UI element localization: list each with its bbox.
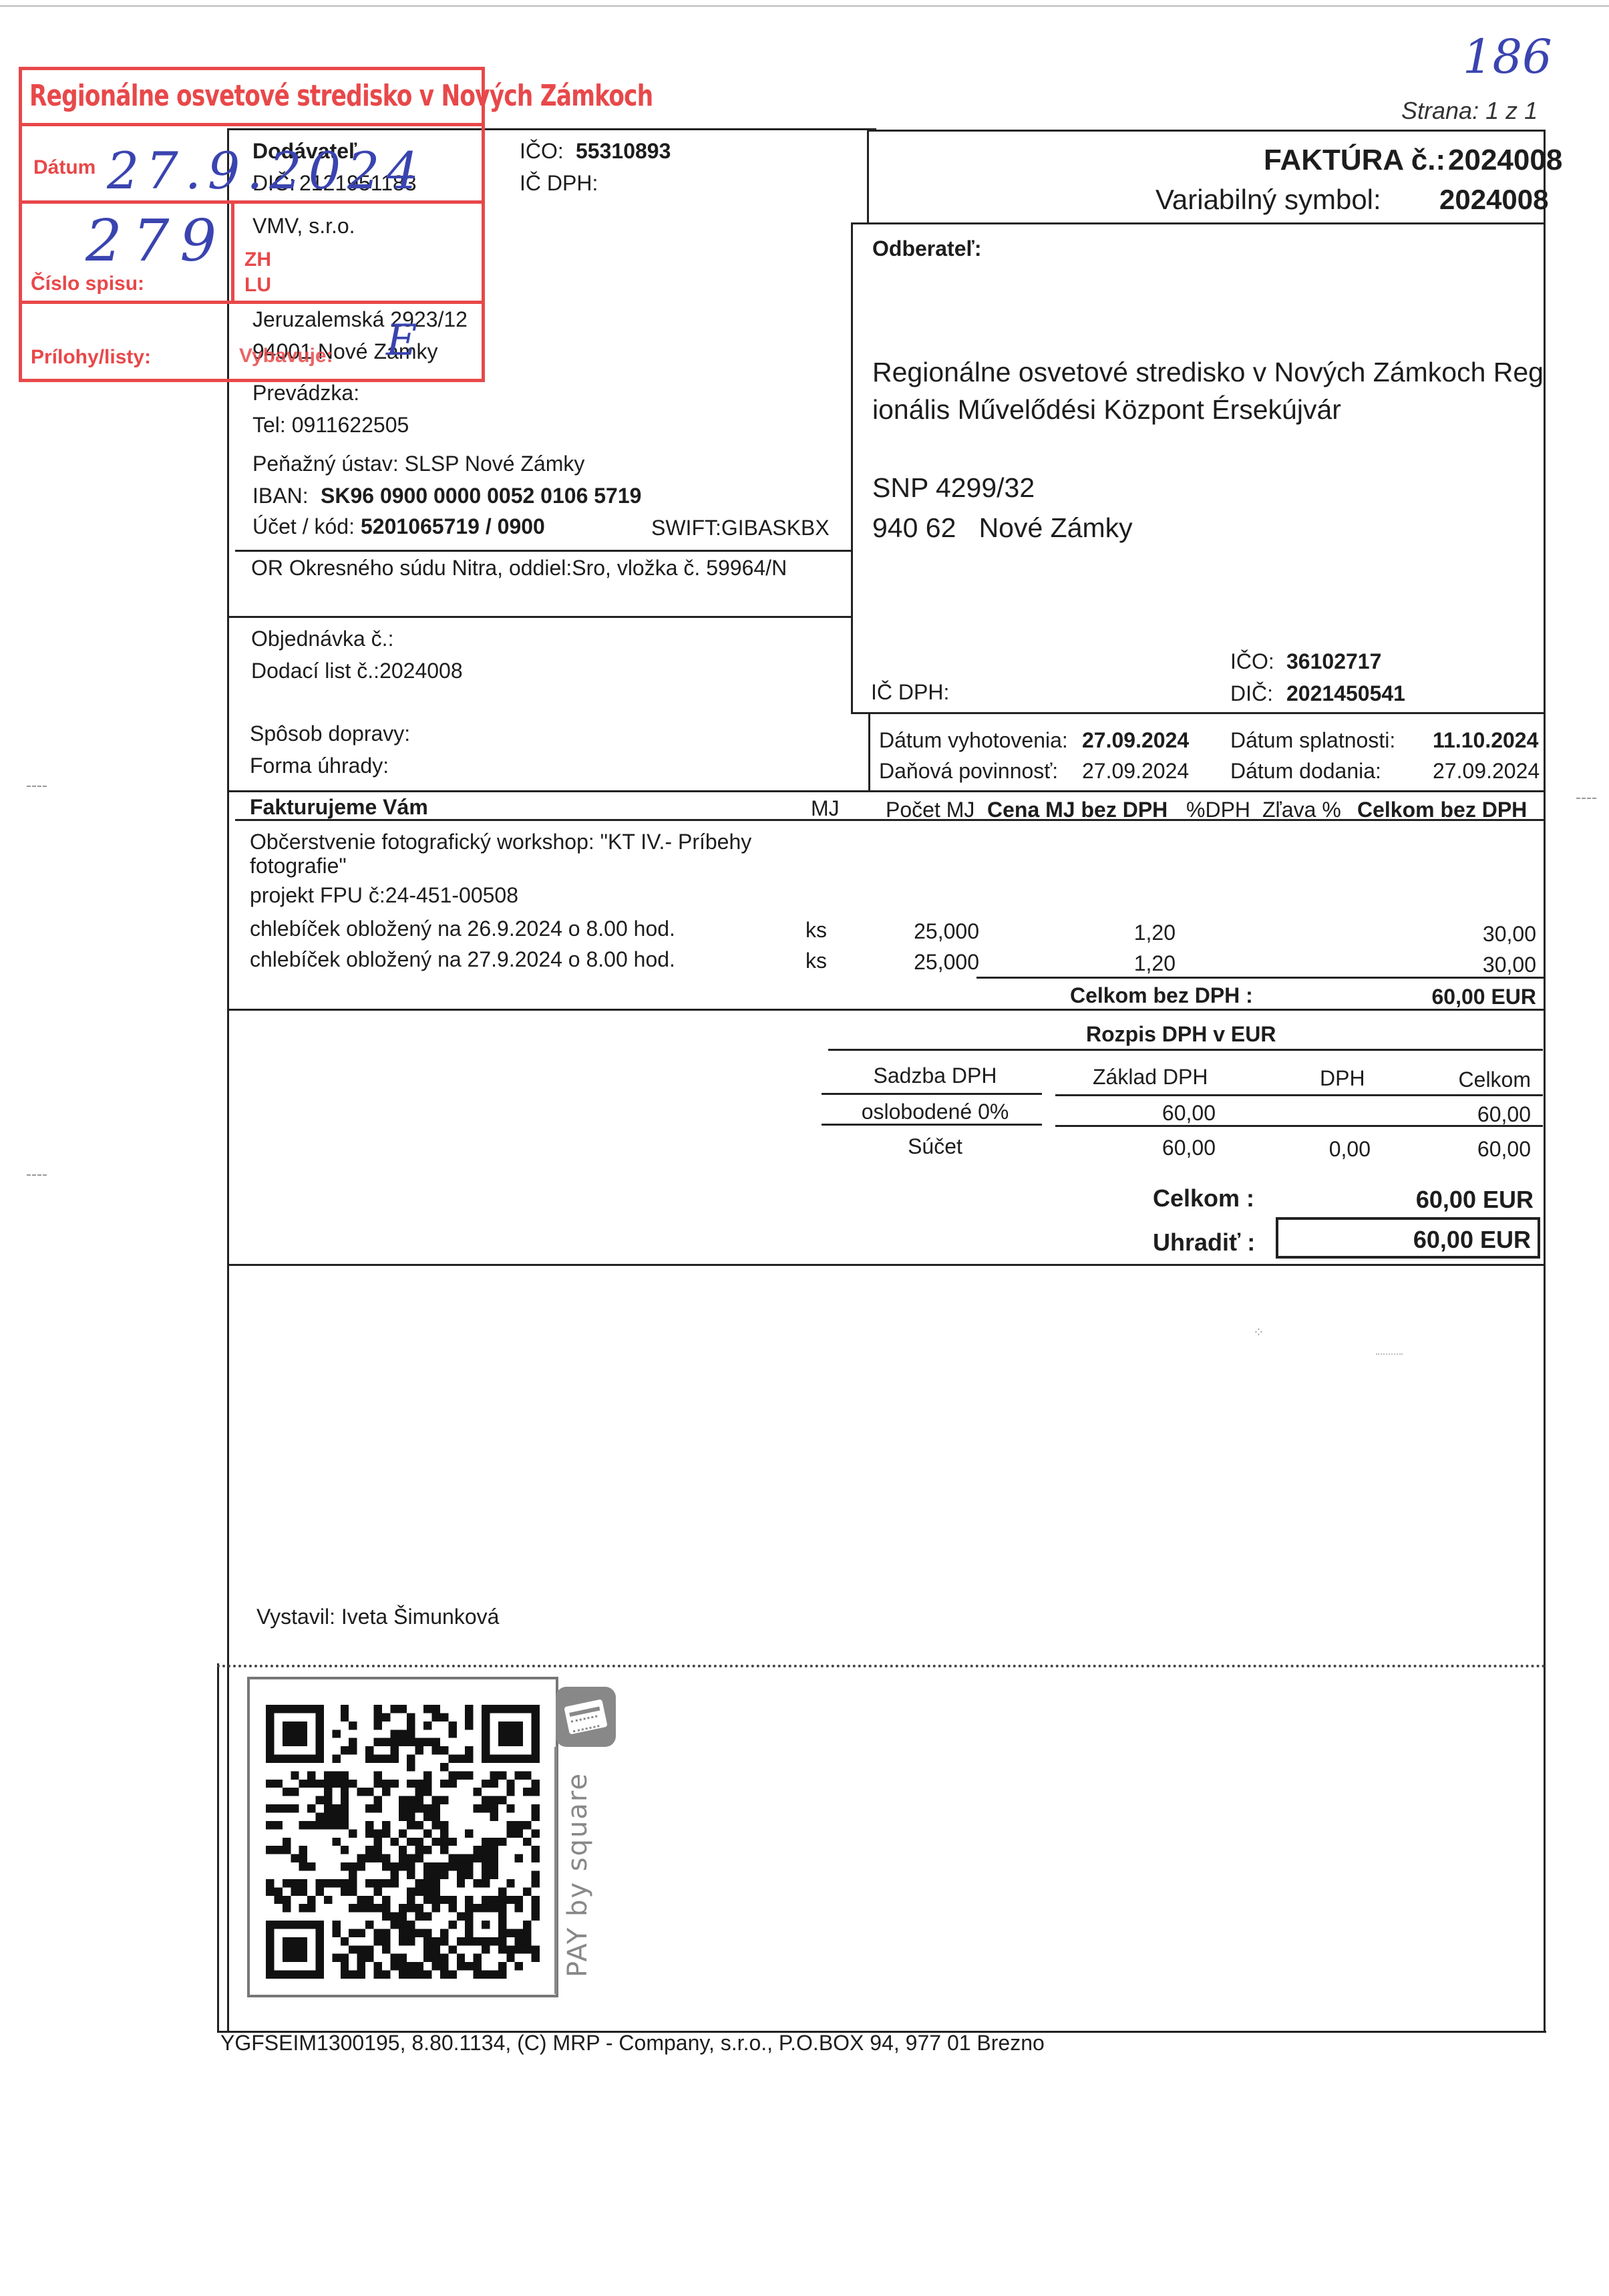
divider bbox=[976, 977, 1544, 979]
vat-breakdown-title: Rozpis DPH v EUR bbox=[1086, 1023, 1276, 1045]
item-qty: 25,000 bbox=[888, 921, 979, 942]
supplier-establishment-label: Prevádzka: bbox=[252, 382, 359, 403]
item-total: 30,00 bbox=[1403, 954, 1536, 975]
items-header-discount: Zľava % bbox=[1262, 799, 1341, 820]
customer-name-line2: ionális Művelődési Központ Érsekújvár bbox=[872, 396, 1341, 424]
qr-code-frame bbox=[247, 1677, 558, 1997]
item-price: 1,20 bbox=[1069, 953, 1176, 974]
items-header-price: Cena MJ bez DPH bbox=[987, 799, 1168, 820]
frame-left bbox=[227, 128, 229, 2032]
supplier-ico: 55310893 bbox=[576, 140, 671, 162]
items-header-desc: Fakturujeme Vám bbox=[250, 796, 428, 818]
transport-method-label: Spôsob dopravy: bbox=[250, 723, 410, 744]
handwritten-handler: E bbox=[386, 319, 417, 362]
delivery-date-label: Dátum dodania: bbox=[1230, 760, 1381, 782]
customer-dic-label: DIČ: bbox=[1230, 683, 1273, 704]
divider bbox=[828, 1049, 1543, 1051]
divider bbox=[851, 712, 1546, 714]
stamp-file-number-label: Číslo spisu: bbox=[31, 274, 144, 294]
divider bbox=[227, 1009, 1546, 1011]
order-number-label: Objednávka č.: bbox=[251, 628, 393, 649]
amount-due-label: Uhradiť : bbox=[1153, 1231, 1255, 1255]
vat-header-base: Základ DPH bbox=[1093, 1066, 1208, 1088]
divider bbox=[868, 712, 870, 792]
stamp-organization: Regionálne osvetové stredisko v Nových Z… bbox=[29, 81, 653, 111]
supplier-bank: Peňažný ústav: SLSP Nové Zámky bbox=[252, 453, 584, 474]
items-header-vat: %DPH bbox=[1186, 799, 1250, 820]
supplier-ico-label: IČO: bbox=[520, 140, 564, 162]
vat-rate: Súčet bbox=[828, 1136, 1042, 1157]
item-total: 30,00 bbox=[1403, 923, 1536, 945]
stamp-attachments-label: Prílohy/listy: bbox=[31, 347, 151, 367]
issued-by: Vystavil: Iveta Šimunková bbox=[256, 1606, 499, 1627]
customer-street: SNP 4299/32 bbox=[872, 474, 1035, 502]
vat-base: 60,00 bbox=[1109, 1137, 1216, 1158]
tax-date-label: Daňová povinnosť: bbox=[879, 760, 1058, 782]
issue-date: 27.09.2024 bbox=[1082, 729, 1189, 751]
tax-date: 27.09.2024 bbox=[1082, 760, 1189, 782]
divider bbox=[227, 790, 1546, 792]
card-icon bbox=[556, 1687, 616, 1747]
payment-form-label: Forma úhrady: bbox=[250, 755, 389, 776]
scan-speck: ⁘ bbox=[1253, 1324, 1266, 1332]
item-qty: 25,000 bbox=[888, 951, 979, 973]
margin-mark bbox=[27, 1174, 47, 1176]
scan-speck bbox=[1376, 1353, 1403, 1359]
invoice-number: 2024008 bbox=[1448, 146, 1562, 175]
supplier-ic-dph-label: IČ DPH: bbox=[520, 172, 598, 194]
supplier-swift: SWIFT:GIBASKBX bbox=[651, 517, 830, 538]
issue-date-label: Dátum vyhotovenia: bbox=[879, 729, 1068, 751]
item-desc: chlebíček obložený na 26.9.2024 o 8.00 h… bbox=[250, 918, 675, 939]
vat-total: 60,00 bbox=[1403, 1138, 1531, 1160]
vat-header-total: Celkom bbox=[1403, 1069, 1531, 1090]
due-date-label: Dátum splatnosti: bbox=[1230, 729, 1395, 751]
supplier-register: OR Okresného súdu Nitra, oddiel:Sro, vlo… bbox=[251, 557, 787, 579]
frame-left-lower bbox=[217, 1663, 219, 2032]
items-header-qty: Počet MJ bbox=[886, 799, 974, 820]
due-date: 11.10.2024 bbox=[1433, 729, 1538, 751]
vat-header-rate: Sadzba DPH bbox=[828, 1065, 1042, 1086]
stamp-initial: ZH bbox=[244, 250, 271, 270]
divider bbox=[851, 222, 1546, 224]
vat-amount: 0,00 bbox=[1269, 1138, 1371, 1160]
customer-city: 940 62 Nové Zámky bbox=[872, 514, 1133, 542]
items-header-total: Celkom bez DPH bbox=[1357, 799, 1527, 820]
customer-dic: 2021450541 bbox=[1286, 683, 1405, 704]
divider bbox=[867, 130, 869, 223]
divider bbox=[227, 1264, 1546, 1266]
item-price: 1,20 bbox=[1069, 922, 1176, 943]
customer-ico: 36102717 bbox=[1286, 651, 1381, 672]
subtotal-label: Celkom bez DPH : bbox=[1070, 985, 1253, 1006]
item-unit: ks bbox=[806, 950, 827, 971]
margin-mark bbox=[27, 786, 47, 787]
customer-ico-label: IČO: bbox=[1230, 651, 1274, 672]
divider bbox=[235, 550, 851, 552]
pay-by-square-label: PAY by square bbox=[562, 1772, 593, 1977]
divider bbox=[867, 130, 1545, 132]
stamp-initial: LU bbox=[244, 275, 271, 295]
divider bbox=[822, 1124, 1042, 1126]
software-footer: YGFSEIM1300195, 8.80.1134, (C) MRP - Com… bbox=[220, 2032, 1045, 2054]
variable-symbol: 2024008 bbox=[1439, 186, 1549, 214]
vat-header-vat: DPH bbox=[1320, 1068, 1365, 1089]
grand-total-label: Celkom : bbox=[1153, 1186, 1254, 1210]
divider bbox=[554, 1747, 557, 1994]
amount-due-box: 60,00 EUR bbox=[1276, 1217, 1540, 1259]
divider bbox=[822, 1093, 1042, 1095]
supplier-iban: SK96 0900 0000 0052 0106 5719 bbox=[321, 485, 641, 506]
customer-ic-dph-label: IČ DPH: bbox=[871, 681, 949, 703]
supplier-iban-label: IBAN: bbox=[252, 485, 309, 506]
cut-line bbox=[217, 1665, 1546, 1667]
divider bbox=[227, 616, 851, 618]
customer-name-line1: Regionálne osvetové stredisko v Nových Z… bbox=[872, 359, 1544, 386]
divider bbox=[851, 222, 853, 713]
vat-base: 60,00 bbox=[1109, 1102, 1216, 1124]
item-desc: chlebíček obložený na 27.9.2024 o 8.00 h… bbox=[250, 949, 675, 970]
qr-code bbox=[266, 1705, 540, 1979]
delivery-note: Dodací list č.:2024008 bbox=[251, 660, 463, 681]
amount-due-value: 60,00 EUR bbox=[1413, 1228, 1531, 1252]
item-text-line: projekt FPU č:24-451-00508 bbox=[250, 884, 518, 906]
item-unit: ks bbox=[806, 919, 827, 941]
variable-symbol-label: Variabilný symbol: bbox=[1155, 186, 1381, 214]
margin-mark bbox=[1576, 798, 1596, 799]
item-text-line: fotografie" bbox=[250, 855, 347, 876]
item-text-line: Občerstvenie fotografický workshop: "KT … bbox=[250, 831, 751, 852]
stamp-date-label: Dátum bbox=[33, 158, 96, 178]
frame-right bbox=[1544, 130, 1546, 2032]
grand-total-value: 60,00 EUR bbox=[1363, 1188, 1534, 1212]
items-header-unit: MJ bbox=[811, 798, 840, 819]
delivery-date: 27.09.2024 bbox=[1433, 760, 1540, 782]
supplier-account-label: Účet / kód: bbox=[252, 516, 355, 537]
handwritten-date: 27.9.2024 bbox=[107, 146, 425, 196]
supplier-phone: Tel: 0911622505 bbox=[252, 414, 409, 436]
page-indicator: Strana: 1 z 1 bbox=[1401, 99, 1538, 123]
stamp-handled-by-label: Vybavuje: bbox=[239, 346, 333, 366]
supplier-account: 5201065719 / 0900 bbox=[361, 516, 545, 537]
vat-rate: oslobodené 0% bbox=[828, 1101, 1042, 1122]
divider bbox=[1055, 1125, 1543, 1127]
handwritten-file-number: 279 bbox=[85, 212, 227, 270]
vat-total: 60,00 bbox=[1403, 1104, 1531, 1125]
divider bbox=[1055, 1094, 1543, 1096]
customer-heading: Odberateľ: bbox=[872, 238, 981, 259]
invoice-title-label: FAKTÚRA č.: bbox=[1264, 146, 1445, 175]
handwritten-page-number: 186 bbox=[1463, 33, 1552, 80]
scan-edge-line bbox=[0, 5, 1609, 7]
subtotal-value: 60,00 EUR bbox=[1376, 986, 1536, 1007]
